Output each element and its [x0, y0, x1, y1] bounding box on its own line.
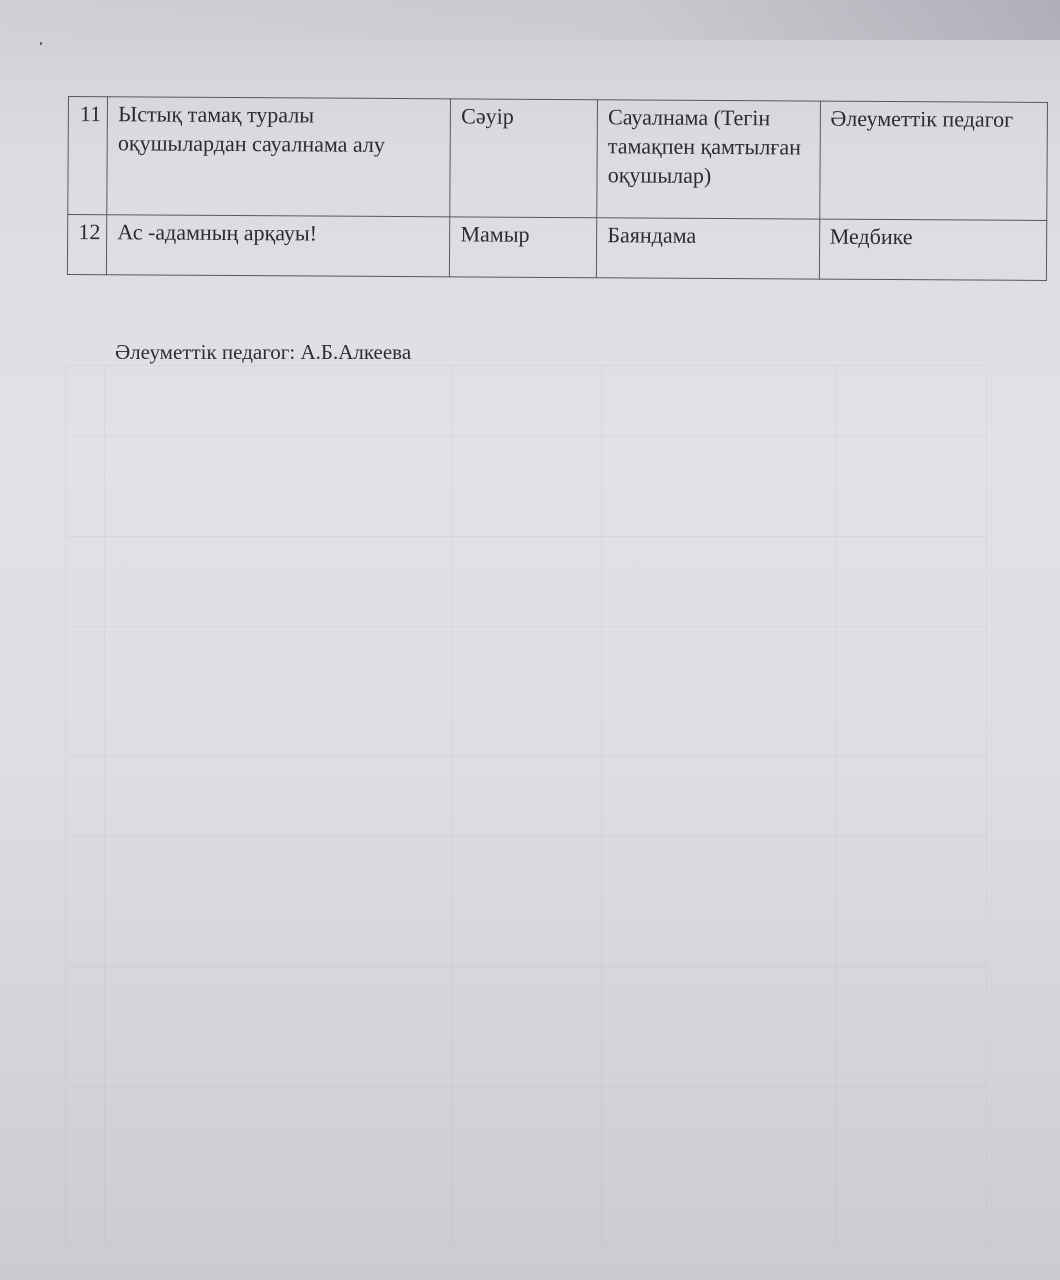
bleed-through-grid [65, 365, 987, 1247]
event-form: Баяндама [597, 218, 820, 279]
signature-line: Әлеуметтік педагог: А.Б.Алкеева [115, 340, 411, 365]
event-month: Мамыр [450, 217, 597, 278]
row-number: 12 [67, 215, 107, 275]
event-plan-table: 11 Ыстық тамақ туралы оқушылардан сауалн… [67, 96, 1048, 281]
row-number: 11 [68, 97, 108, 215]
table-row: 12 Ас -адамның арқауы! Мамыр Баяндама Ме… [67, 215, 1046, 281]
event-form: Сауалнама (Тегін тамақпен қамтылған оқуш… [597, 100, 820, 219]
paper-speck [40, 42, 42, 45]
event-name: Ас -адамның арқауы! [107, 215, 450, 277]
event-responsible: Әлеуметтік педагог [819, 101, 1047, 220]
table-row: 11 Ыстық тамақ туралы оқушылардан сауалн… [68, 97, 1048, 221]
page-shadow [0, 0, 1060, 40]
event-responsible: Медбике [819, 219, 1047, 280]
event-name: Ыстық тамақ туралы оқушылардан сауалнама… [107, 97, 451, 217]
event-month: Сәуір [450, 99, 598, 218]
